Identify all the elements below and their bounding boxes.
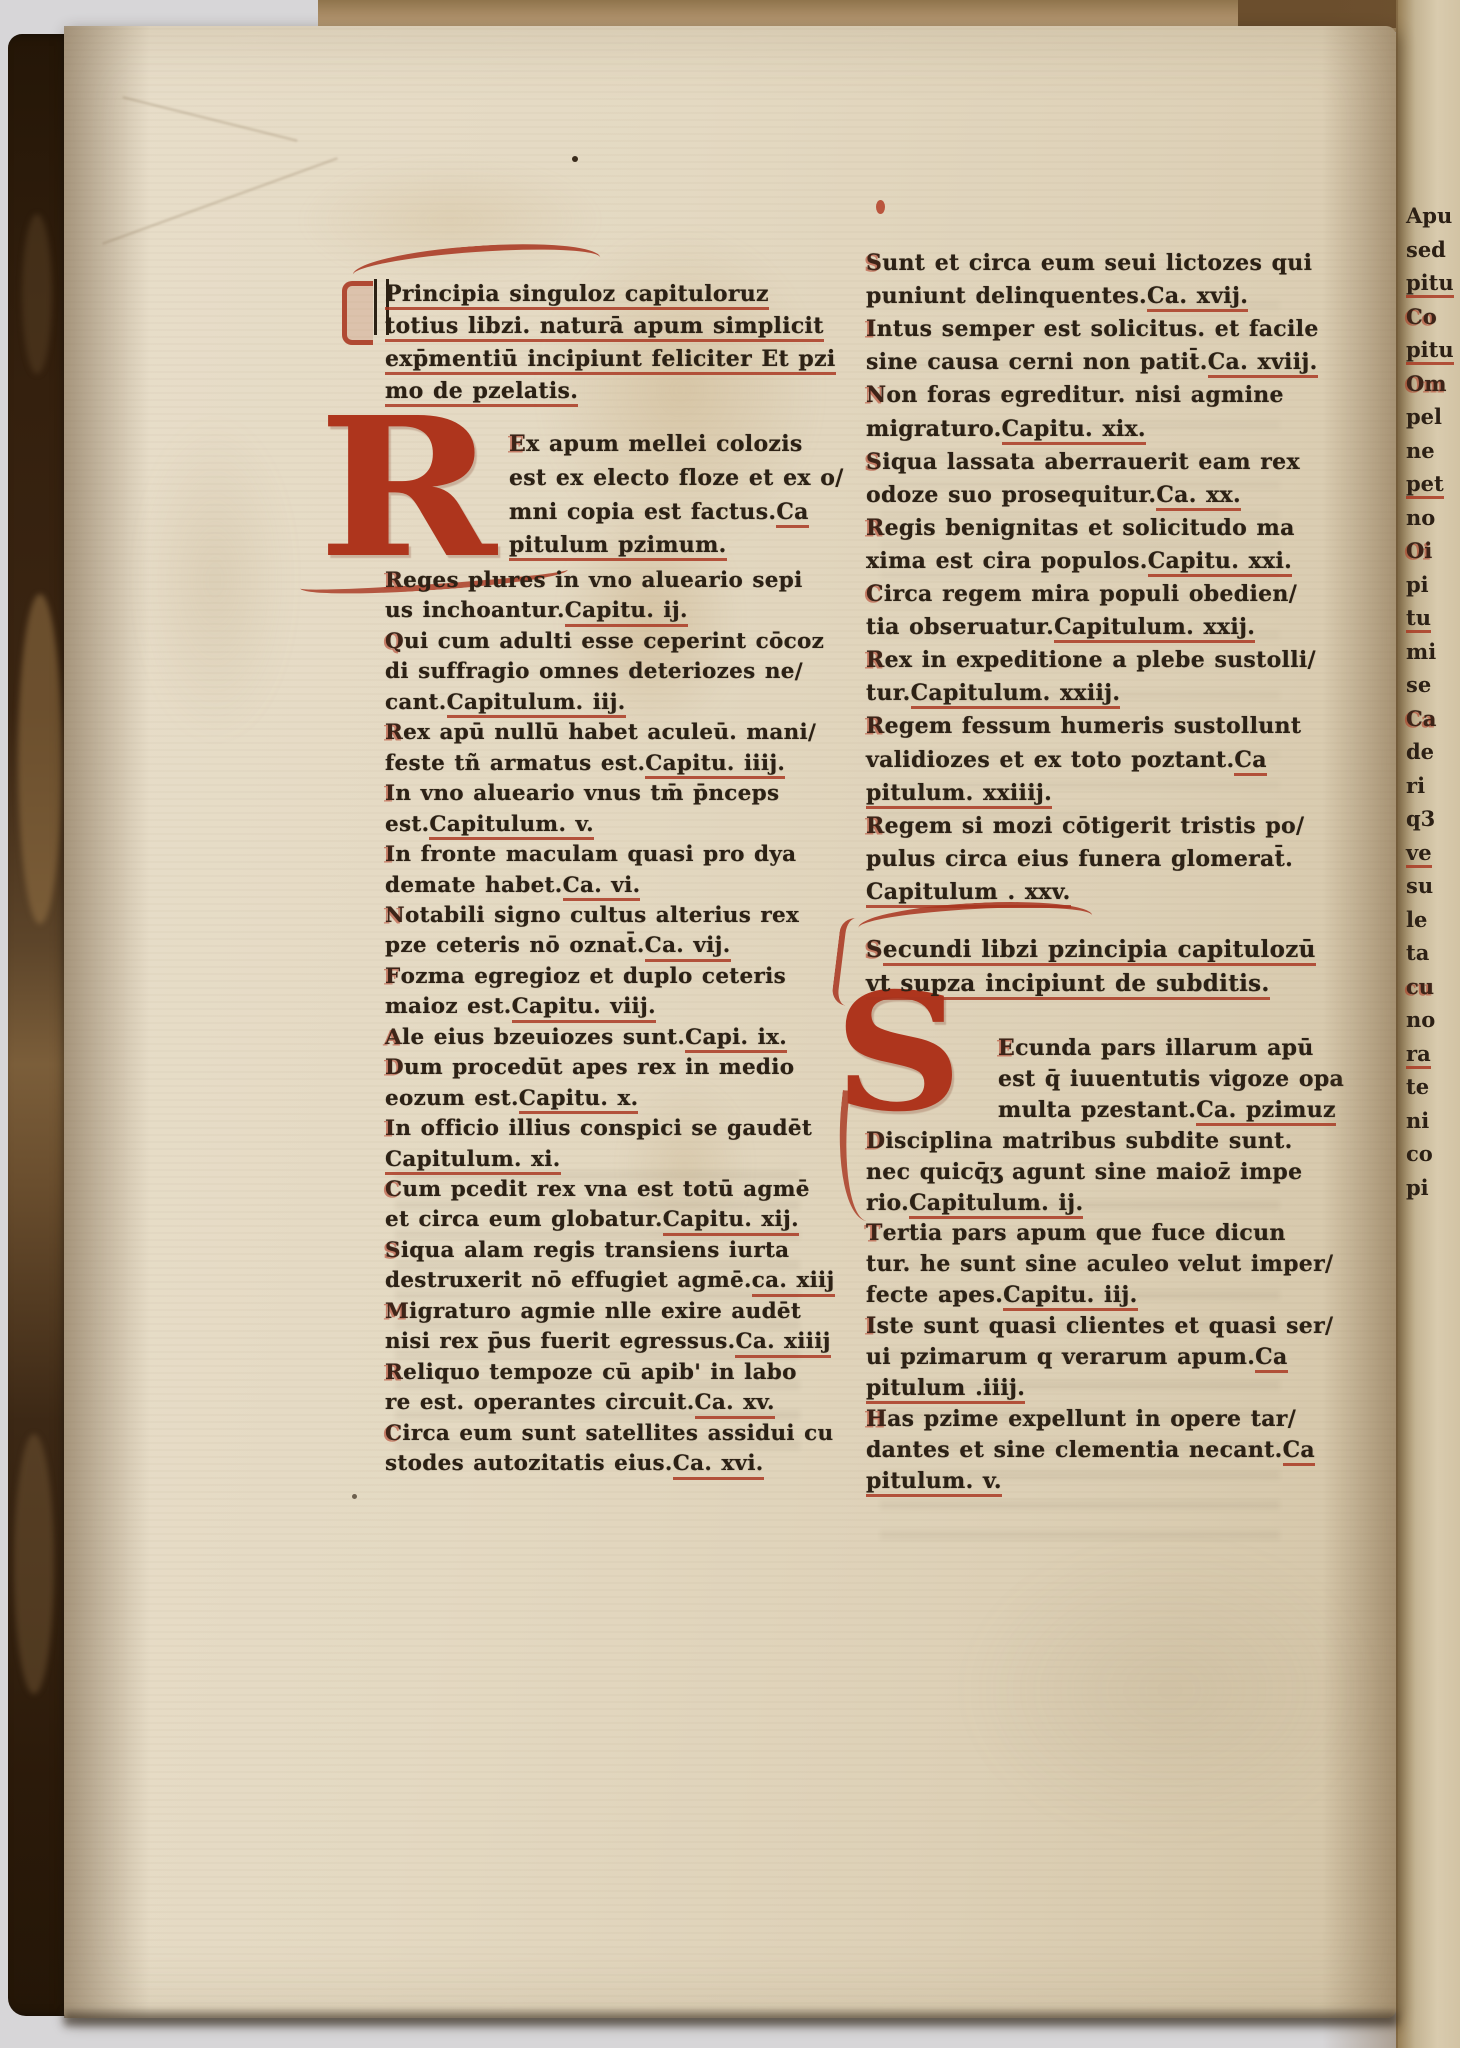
next-page-text-fragment: pel	[1406, 406, 1442, 427]
chapter-reference-underlined: Capitu. xxi.	[1148, 550, 1292, 577]
text-segment: sed	[1406, 239, 1446, 260]
text-segment: ne	[1406, 440, 1435, 461]
text-line: et circa eum globatur. Capitu. xij.	[385, 1209, 799, 1236]
text-line: totius libzi. naturā apum simplicit	[385, 315, 824, 342]
spine-worn-patch	[14, 1434, 54, 1694]
chapter-reference-underlined: Capitu. iiij.	[645, 753, 785, 780]
text-segment: otabili signo cultus alterius rex	[405, 905, 799, 927]
text-segment: iqua lassata aberrauerit eam rex	[882, 451, 1300, 473]
text-line: nec quicq̄ʒ agunt sine maioz̄ impe	[866, 1161, 1302, 1183]
chapter-reference-underlined: Ca. vi.	[563, 875, 641, 902]
chapter-reference-underlined: Ca. xv.	[695, 1392, 775, 1419]
chapter-reference-underlined: pitulum. xxiiij.	[866, 782, 1052, 809]
text-segment: x apum mellei colozis	[526, 433, 803, 455]
next-page-text-fragment: Om	[1406, 373, 1447, 394]
text-segment: us inchoantur.	[385, 600, 565, 622]
text-segment: stodes autozitatis eius.	[385, 1453, 673, 1475]
chapter-reference-underlined: Capitu. xij.	[663, 1209, 799, 1236]
text-line: Notabili signo cultus alterius rex	[385, 905, 799, 927]
text-line: nisi rex p̄us fuerit egressus. Ca. xiiij	[385, 1331, 831, 1358]
text-segment: q3	[1406, 808, 1435, 829]
chapter-reference-underlined: Capitulum. iij.	[447, 692, 626, 719]
text-line: Capitulum . xxv.	[866, 881, 1071, 908]
text-segment: on foras egreditur. nisi agmine	[886, 384, 1283, 406]
text-segment: pi	[1406, 1177, 1429, 1198]
text-segment: le eius bzeuiozes sunt.	[402, 1027, 685, 1049]
chapter-reference-underlined: Capitu. xix.	[1002, 418, 1146, 445]
text-segment: pitu	[1406, 272, 1454, 298]
text-segment: C	[866, 583, 884, 605]
text-segment: as pzime expellunt in opere tar/	[887, 1408, 1296, 1430]
text-line: xima est cira populos. Capitu. xxi.	[866, 550, 1292, 577]
text-line: tia obseruatur. Capitulum. xxij.	[866, 616, 1255, 643]
text-line: dantes et sine clementia necant. Ca	[866, 1439, 1315, 1466]
text-line: Intus semper est solicitus. et facile	[866, 318, 1319, 340]
text-line: pitulum .iiij.	[866, 1377, 1025, 1404]
text-segment: M	[385, 1301, 409, 1323]
text-segment: est q̄ iuuentutis vigoze opa	[998, 1068, 1344, 1090]
spine-worn-patch	[18, 594, 62, 924]
text-line: est. Capitulum. v.	[385, 814, 594, 841]
text-segment: Om	[1406, 373, 1447, 394]
text-segment: irca regem mira populi obedien/	[884, 583, 1297, 605]
text-line: pitulum. xxiiij.	[866, 782, 1052, 809]
text-segment: mi	[1406, 641, 1436, 662]
text-segment: igraturo agmie nlle exire audēt	[409, 1301, 801, 1323]
text-line: maioz est. Capitu. viij.	[385, 996, 656, 1023]
text-segment: tur. he sunt sine aculeo velut imper/	[866, 1253, 1333, 1275]
text-segment: N	[866, 384, 886, 406]
text-segment: iqua alam regis transiens iurta	[401, 1240, 790, 1262]
chapter-reference-underlined: Ca	[776, 501, 808, 528]
text-line: pulus circa eius funera glomerat̄.	[866, 848, 1293, 870]
next-page-text-fragment: ve	[1406, 842, 1432, 868]
text-segment: Co	[1406, 306, 1437, 327]
text-column-left: Principia singuloz capituloruztotius lib…	[385, 0, 815, 2048]
chapter-reference-underlined: Capitu. x.	[519, 1088, 639, 1115]
text-line: Rex in expeditione a plebe sustolli/	[866, 649, 1316, 671]
text-segment: mni copia est factus.	[509, 501, 776, 523]
text-segment: eliquo tempoze cū apib' in labo	[403, 1362, 797, 1384]
text-segment: pel	[1406, 406, 1442, 427]
text-line: est ex electo floze et ex o/	[509, 467, 844, 489]
chapter-reference-underlined: Capitulum. v.	[429, 814, 594, 841]
next-page-text-fragment: pitu	[1406, 339, 1454, 365]
text-column-right: Sunt et circa eum seui lictozes quipuniu…	[866, 0, 1300, 2048]
text-segment: cunda pars illarum apū	[1015, 1037, 1314, 1059]
chapter-reference-underlined: vt supza incipiunt de subditis.	[866, 972, 1270, 1000]
next-page-text-fragment: pi	[1406, 1177, 1429, 1198]
text-line: mo de pzelatis.	[385, 380, 578, 407]
spine-worn-patch	[22, 214, 52, 374]
text-segment: pulus circa eius funera glomerat̄.	[866, 848, 1293, 870]
text-segment: ui cum adulti esse ceperint cōcoz	[404, 631, 824, 653]
next-page-text-fragment: no	[1406, 507, 1435, 528]
text-segment: I	[385, 783, 395, 805]
next-page-text-fragment: sed	[1406, 239, 1446, 260]
next-page-text-fragment: tu	[1406, 607, 1431, 633]
text-segment: C	[385, 1423, 402, 1445]
text-segment: unt et circa eum seui lictozes qui	[882, 252, 1312, 274]
text-segment: feste tñ armatus est.	[385, 753, 645, 775]
text-segment: ni	[1406, 1110, 1429, 1131]
text-line: fecte apes. Capitu. iij.	[866, 1284, 1138, 1311]
text-segment: cant.	[385, 692, 447, 714]
text-segment: D	[866, 1130, 885, 1152]
text-line: exp̄mentiū incipiunt feliciter Et pzi	[385, 348, 836, 375]
chapter-reference-underlined: pitulum pzimum.	[509, 534, 727, 561]
chapter-reference-underlined: Capitulum . xxv.	[866, 881, 1071, 908]
text-line: Migraturo agmie nlle exire audēt	[385, 1301, 801, 1323]
text-segment: R	[385, 722, 403, 744]
text-segment: xima est cira populos.	[866, 550, 1148, 572]
chapter-reference-underlined: pitulum. v.	[866, 1470, 1002, 1497]
chapter-reference-underlined: mo de pzelatis.	[385, 380, 578, 407]
text-segment: re est. operantes circuit.	[385, 1392, 695, 1414]
chapter-reference-underlined: Capitulum. ij.	[909, 1192, 1083, 1219]
text-segment: co	[1406, 1143, 1433, 1164]
next-page-text-fragment: ra	[1406, 1043, 1431, 1069]
red-pilcrow-mark	[342, 281, 373, 345]
text-line: Reliquo tempoze cū apib' in labo	[385, 1362, 797, 1384]
text-line: pitulum pzimum.	[509, 534, 727, 561]
text-segment: I	[866, 318, 877, 340]
chapter-reference-underlined: Ca. xx.	[1156, 484, 1241, 511]
next-page-text-fragment: pi	[1406, 574, 1429, 595]
chapter-reference-underlined: Ca	[1234, 749, 1266, 776]
text-segment: ozma egregioz et duplo ceteris	[401, 966, 786, 988]
text-segment: Ca	[1406, 708, 1436, 729]
text-segment: sine causa cerni non patit̄.	[866, 351, 1208, 373]
text-segment: R	[385, 1362, 403, 1384]
text-segment: est.	[385, 814, 429, 836]
text-line: migraturo. Capitu. xix.	[866, 418, 1146, 445]
text-segment: tur.	[866, 682, 911, 704]
text-line: puniunt delinquentes. Ca. xvij.	[866, 285, 1248, 312]
text-line: validiozes et ex toto poztant. Ca	[866, 749, 1267, 776]
next-page-text-fragment: q3	[1406, 808, 1435, 829]
ink-speck	[352, 1494, 357, 1499]
next-page-text-fragment: Oi	[1406, 540, 1432, 561]
text-line: In officio illius conspici se gaudēt	[385, 1118, 812, 1140]
next-page-text-fragment: ne	[1406, 440, 1435, 461]
text-segment: S	[866, 451, 882, 473]
text-line: tur. Capitulum. xxiij.	[866, 682, 1120, 709]
text-segment: se	[1406, 674, 1431, 695]
text-segment: I	[385, 844, 395, 866]
text-segment: no	[1406, 507, 1435, 528]
text-line: us inchoantur. Capitu. ij.	[385, 600, 688, 627]
text-segment: est ex electo floze et ex o/	[509, 467, 844, 489]
text-segment: pze ceteris nō oznat̄.	[385, 935, 645, 957]
text-line: In fronte maculam quasi pro dya	[385, 844, 796, 866]
text-line: mni copia est factus. Ca	[509, 501, 809, 528]
next-page-text-fragment: co	[1406, 1143, 1433, 1164]
text-segment: C	[385, 1179, 402, 1201]
text-line: Circa eum sunt satellites assidui cu	[385, 1423, 833, 1445]
chapter-reference-underlined: ecundi libzi pzincipia capitulozū	[883, 938, 1316, 966]
text-segment: egis benignitas et solicitudo ma	[885, 517, 1295, 539]
chapter-reference-underlined: Ca. xvij.	[1147, 285, 1248, 312]
text-segment: ri	[1406, 775, 1425, 796]
text-segment: su	[1406, 875, 1433, 896]
text-line: Fozma egregioz et duplo ceteris	[385, 966, 786, 988]
text-segment: n fronte maculam quasi pro dya	[395, 844, 796, 866]
text-segment: validiozes et ex toto poztant.	[866, 749, 1234, 771]
text-segment: irca eum sunt satellites assidui cu	[402, 1423, 833, 1445]
text-segment: A	[385, 1027, 402, 1049]
chapter-reference-underlined: Capitu. viij.	[512, 996, 656, 1023]
next-page-text-fragment: pet	[1406, 473, 1444, 499]
next-page-text-fragment: no	[1406, 1009, 1435, 1030]
next-page-text-fragment: de	[1406, 741, 1434, 762]
text-line: pitulum. v.	[866, 1470, 1002, 1497]
text-segment: pitu	[1406, 339, 1454, 365]
text-segment: um pcedit rex vna est totū agmē	[402, 1179, 809, 1201]
text-segment: Oi	[1406, 540, 1432, 561]
text-line: Rex apū nullū habet aculeū. mani/	[385, 722, 816, 744]
text-line: Disciplina matribus subdite sunt.	[866, 1130, 1293, 1152]
chapter-reference-underlined: Capitulum. xxiij.	[911, 682, 1121, 709]
text-segment: odoze suo prosequitur.	[866, 484, 1156, 506]
chapter-reference-underlined: pitulum .iiij.	[866, 1377, 1025, 1404]
gutter-shadow	[64, 26, 150, 2018]
text-segment: ta	[1406, 942, 1429, 963]
text-segment: N	[385, 905, 405, 927]
text-line: Ecunda pars illarum apū	[998, 1037, 1314, 1059]
next-page-text-fragment: Apu	[1406, 205, 1452, 226]
text-segment: cu	[1406, 976, 1434, 997]
text-line: stodes autozitatis eius. Ca. xvi.	[385, 1453, 764, 1480]
text-segment: rio.	[866, 1192, 909, 1214]
next-page-text-fragment: ri	[1406, 775, 1425, 796]
text-segment: eozum est.	[385, 1088, 519, 1110]
chapter-reference-underlined: Ca. xiiij	[735, 1331, 830, 1358]
chapter-reference-underlined: Principia singuloz capituloruz	[385, 283, 769, 310]
text-line: Reges plures in vno alueario sepi	[385, 570, 803, 592]
next-page-text-fragment: se	[1406, 674, 1431, 695]
text-segment: egem fessum humeris sustollunt	[885, 715, 1302, 737]
book-photograph: R S Principia singuloz capituloruztotius…	[0, 0, 1460, 2048]
text-segment: et circa eum globatur.	[385, 1209, 663, 1231]
next-page-text-fragment: Ca	[1406, 708, 1436, 729]
text-segment: puniunt delinquentes.	[866, 285, 1147, 307]
text-segment: ex in expeditione a plebe sustolli/	[885, 649, 1316, 671]
page-fold-shadow	[1322, 0, 1398, 2048]
chapter-reference-underlined: Capitu. ij.	[565, 600, 688, 627]
text-line: Secundi libzi pzincipia capitulozū	[866, 938, 1316, 966]
text-line: Regem fessum humeris sustollunt	[866, 715, 1301, 737]
text-line: Regem si mozi cōtigerit tristis po/	[866, 815, 1304, 837]
text-line: odoze suo prosequitur. Ca. xx.	[866, 484, 1241, 511]
text-segment: R	[866, 715, 885, 737]
text-segment: R	[866, 517, 885, 539]
text-line: vt supza incipiunt de subditis.	[866, 972, 1270, 1000]
text-segment: le	[1406, 909, 1427, 930]
text-segment: ex apū nullū habet aculeū. mani/	[403, 722, 816, 744]
text-line: eozum est. Capitu. x.	[385, 1088, 638, 1115]
text-segment: de	[1406, 741, 1434, 762]
text-segment: pet	[1406, 473, 1444, 499]
text-line: Qui cum adulti esse ceperint cōcoz	[385, 631, 824, 653]
text-segment: Apu	[1406, 205, 1452, 226]
chapter-reference-underlined: Capitulum. xi.	[385, 1149, 561, 1176]
text-segment: Q	[385, 631, 404, 653]
chapter-reference-underlined: Ca. vij.	[645, 935, 731, 962]
text-segment: ertia pars apum que fuce dicun	[883, 1222, 1286, 1244]
text-segment: tia obseruatur.	[866, 616, 1054, 638]
text-segment: egem si mozi cōtigerit tristis po/	[885, 815, 1305, 837]
text-line: Circa regem mira populi obedien/	[866, 583, 1297, 605]
text-line: Cum pcedit rex vna est totū agmē	[385, 1179, 810, 1201]
text-segment: ntus semper est solicitus. et facile	[877, 318, 1319, 340]
text-segment: E	[998, 1037, 1015, 1059]
text-segment: dantes et sine clementia necant.	[866, 1439, 1283, 1461]
text-line: Non foras egreditur. nisi agmine	[866, 384, 1284, 406]
text-line: Regis benignitas et solicitudo ma	[866, 517, 1295, 539]
text-line: ui pzimarum q verarum apum. Ca	[866, 1346, 1288, 1373]
text-segment: n vno alueario vnus tm̄ p̄nceps	[395, 783, 779, 805]
text-line: Iste sunt quasi clientes et quasi ser/	[866, 1315, 1333, 1337]
text-line: Dum procedūt apes rex in medio	[385, 1057, 794, 1079]
text-segment: demate habet.	[385, 875, 563, 897]
chapter-reference-underlined: Ca. xviij.	[1208, 351, 1318, 378]
text-segment: eges plures in vno alueario sepi	[403, 570, 802, 592]
chapter-reference-underlined: exp̄mentiū incipiunt feliciter Et pzi	[385, 348, 836, 375]
chapter-reference-underlined: Ca. pzimuz	[1196, 1099, 1336, 1126]
text-segment: fecte apes.	[866, 1284, 1003, 1306]
text-segment: R	[866, 815, 885, 837]
next-page-text-fragment: ta	[1406, 942, 1429, 963]
text-line: Has pzime expellunt in opere tar/	[866, 1408, 1296, 1430]
text-segment: H	[866, 1408, 887, 1430]
text-line: Siqua alam regis transiens iurta	[385, 1240, 789, 1262]
chapter-reference-underlined: Ca	[1283, 1439, 1315, 1466]
text-segment: no	[1406, 1009, 1435, 1030]
chapter-reference-underlined: Capi. ix.	[685, 1027, 787, 1054]
text-segment: I	[385, 1118, 395, 1140]
text-segment: di suffragio omnes deteriozes ne/	[385, 661, 803, 683]
text-line: Siqua lassata aberrauerit eam rex	[866, 451, 1300, 473]
chapter-reference-underlined: Capitulum. xxij.	[1054, 616, 1255, 643]
page-bottom-shadow	[64, 2012, 1398, 2026]
text-segment: ui pzimarum q verarum apum.	[866, 1346, 1255, 1368]
text-segment: ste sunt quasi clientes et quasi ser/	[877, 1315, 1334, 1337]
text-line: Ale eius bzeuiozes sunt. Capi. ix.	[385, 1027, 787, 1054]
chapter-reference-underlined: ca. xiij	[752, 1270, 835, 1297]
text-segment: te	[1406, 1076, 1429, 1097]
text-line: Capitulum. xi.	[385, 1149, 561, 1176]
chapter-reference-underlined: Capitu. iij.	[1003, 1284, 1137, 1311]
text-segment: multa pzestant.	[998, 1099, 1196, 1121]
text-segment: migraturo.	[866, 418, 1002, 440]
text-segment: S	[866, 252, 882, 274]
text-segment: nisi rex p̄us fuerit egressus.	[385, 1331, 735, 1353]
chapter-reference-underlined: Ca. xvi.	[673, 1453, 764, 1480]
text-segment: destruxerit nō effugiet agmē.	[385, 1270, 752, 1292]
text-line: re est. operantes circuit. Ca. xv.	[385, 1392, 775, 1419]
text-segment: S	[385, 1240, 401, 1262]
text-line: In vno alueario vnus tm̄ p̄nceps	[385, 783, 779, 805]
text-segment: tu	[1406, 607, 1431, 633]
text-line: di suffragio omnes deteriozes ne/	[385, 661, 803, 683]
text-line: destruxerit nō effugiet agmē. ca. xiij	[385, 1270, 835, 1297]
next-page-text-fragment: mi	[1406, 641, 1436, 662]
text-line: pze ceteris nō oznat̄. Ca. vij.	[385, 935, 731, 962]
next-page-text-fragment: te	[1406, 1076, 1429, 1097]
text-line: sine causa cerni non patit̄. Ca. xviij.	[866, 351, 1318, 378]
text-line: demate habet. Ca. vi.	[385, 875, 640, 902]
text-line: Principia singuloz capituloruz	[385, 283, 769, 310]
page-stain	[140, 420, 290, 740]
text-segment: F	[385, 966, 401, 988]
text-segment: maioz est.	[385, 996, 512, 1018]
text-line: est q̄ iuuentutis vigoze opa	[998, 1068, 1344, 1090]
text-segment: ve	[1406, 842, 1432, 868]
chapter-reference-underlined: totius libzi. naturā apum simplicit	[385, 315, 824, 342]
next-page-text-fragment: ni	[1406, 1110, 1429, 1131]
next-page-text-fragment: le	[1406, 909, 1427, 930]
text-segment: D	[385, 1057, 404, 1079]
text-segment: E	[509, 433, 526, 455]
next-page-text-fragment: pitu	[1406, 272, 1454, 298]
text-segment: S	[866, 938, 883, 961]
text-line: tur. he sunt sine aculeo velut imper/	[866, 1253, 1333, 1275]
text-line: Ex apum mellei colozis	[509, 433, 803, 455]
text-line: rio. Capitulum. ij.	[866, 1192, 1083, 1219]
next-page-text-fragment: su	[1406, 875, 1433, 896]
book-spine-leather	[8, 34, 72, 2016]
text-segment: ra	[1406, 1043, 1431, 1069]
chapter-reference-underlined: Ca	[1255, 1346, 1287, 1373]
text-segment: T	[866, 1222, 883, 1244]
text-segment: R	[385, 570, 403, 592]
text-segment: isciplina matribus subdite sunt.	[885, 1130, 1292, 1152]
text-segment: I	[866, 1315, 877, 1337]
text-line: Sunt et circa eum seui lictozes qui	[866, 252, 1312, 274]
text-segment: n officio illius conspici se gaudēt	[395, 1118, 812, 1140]
text-line: multa pzestant. Ca. pzimuz	[998, 1099, 1336, 1126]
next-page-text-fragment: Co	[1406, 306, 1437, 327]
text-line: feste tñ armatus est. Capitu. iiij.	[385, 753, 785, 780]
text-segment: pi	[1406, 574, 1429, 595]
text-segment: um procedūt apes rex in medio	[404, 1057, 794, 1079]
next-page-text-fragment: cu	[1406, 976, 1434, 997]
text-segment: nec quicq̄ʒ agunt sine maioz̄ impe	[866, 1161, 1302, 1183]
text-segment: R	[866, 649, 885, 671]
text-line: Tertia pars apum que fuce dicun	[866, 1222, 1286, 1244]
text-line: cant. Capitulum. iij.	[385, 692, 626, 719]
